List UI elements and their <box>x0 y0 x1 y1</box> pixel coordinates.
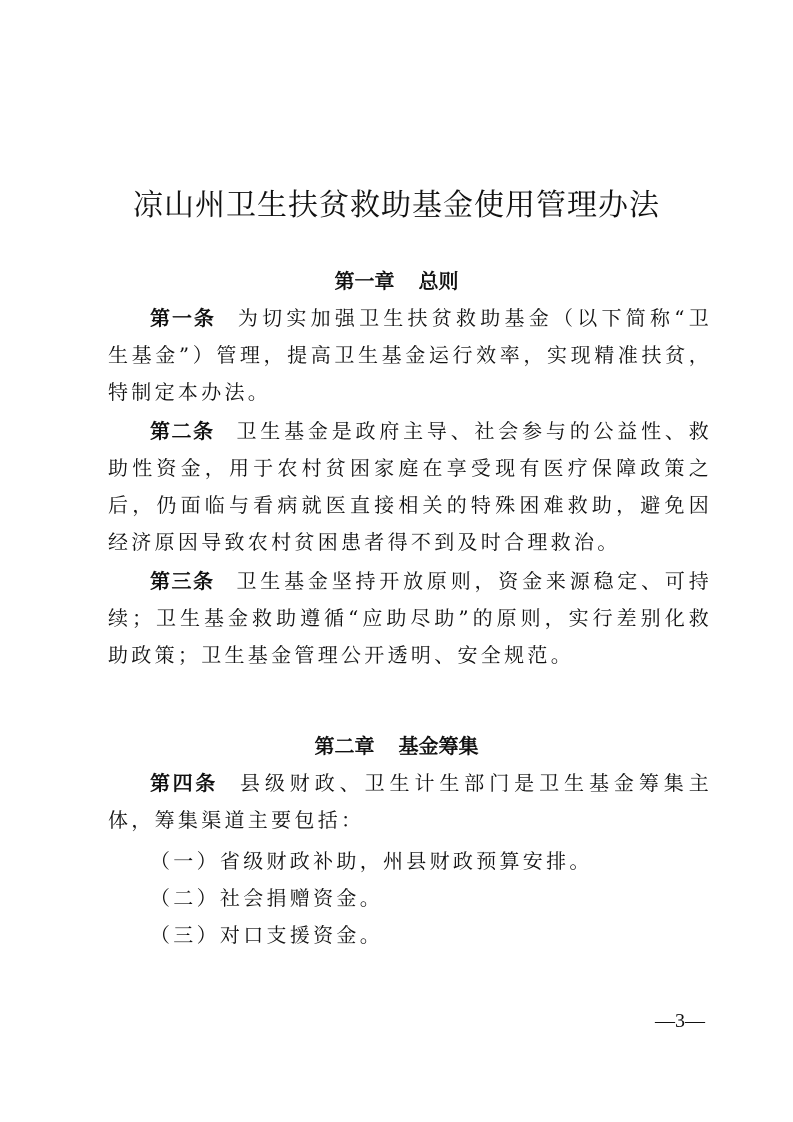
list-item: （二）社会捐赠资金。 <box>150 880 383 917</box>
article-label: 第一条 <box>150 306 216 330</box>
document-page: 凉山州卫生扶贫救助基金使用管理办法 第一章总则 第一条为切实加强卫生扶贫救助基金… <box>0 0 793 1122</box>
chapter-heading-2: 第二章基金筹集 <box>0 730 793 759</box>
article-4: 第四条县级财政、卫生计生部门是卫生基金筹集主体，筹集渠道主要包括： <box>108 765 712 839</box>
chapter-number: 第一章 <box>335 269 395 293</box>
article-2: 第二条卫生基金是政府主导、社会参与的公益性、救助性资金，用于农村贫困家庭在享受现… <box>108 413 712 561</box>
article-3: 第三条卫生基金坚持开放原则，资金来源稳定、可持续；卫生基金救助遵循“应助尽助”的… <box>108 563 712 674</box>
chapter-name: 总则 <box>419 269 459 293</box>
chapter-name: 基金筹集 <box>399 734 479 758</box>
article-label: 第三条 <box>150 569 215 593</box>
chapter-number: 第二章 <box>315 734 375 758</box>
document-title: 凉山州卫生扶贫救助基金使用管理办法 <box>0 180 793 224</box>
article-1: 第一条为切实加强卫生扶贫救助基金（以下简称“卫生基金”）管理，提高卫生基金运行效… <box>108 300 712 411</box>
page-number: —3— <box>655 1010 705 1033</box>
list-item: （一）省级财政补助，州县财政预算安排。 <box>150 843 593 880</box>
chapter-heading-1: 第一章总则 <box>0 265 793 294</box>
list-item: （三）对口支援资金。 <box>150 917 383 954</box>
article-label: 第二条 <box>150 419 215 443</box>
article-label: 第四条 <box>150 771 218 795</box>
